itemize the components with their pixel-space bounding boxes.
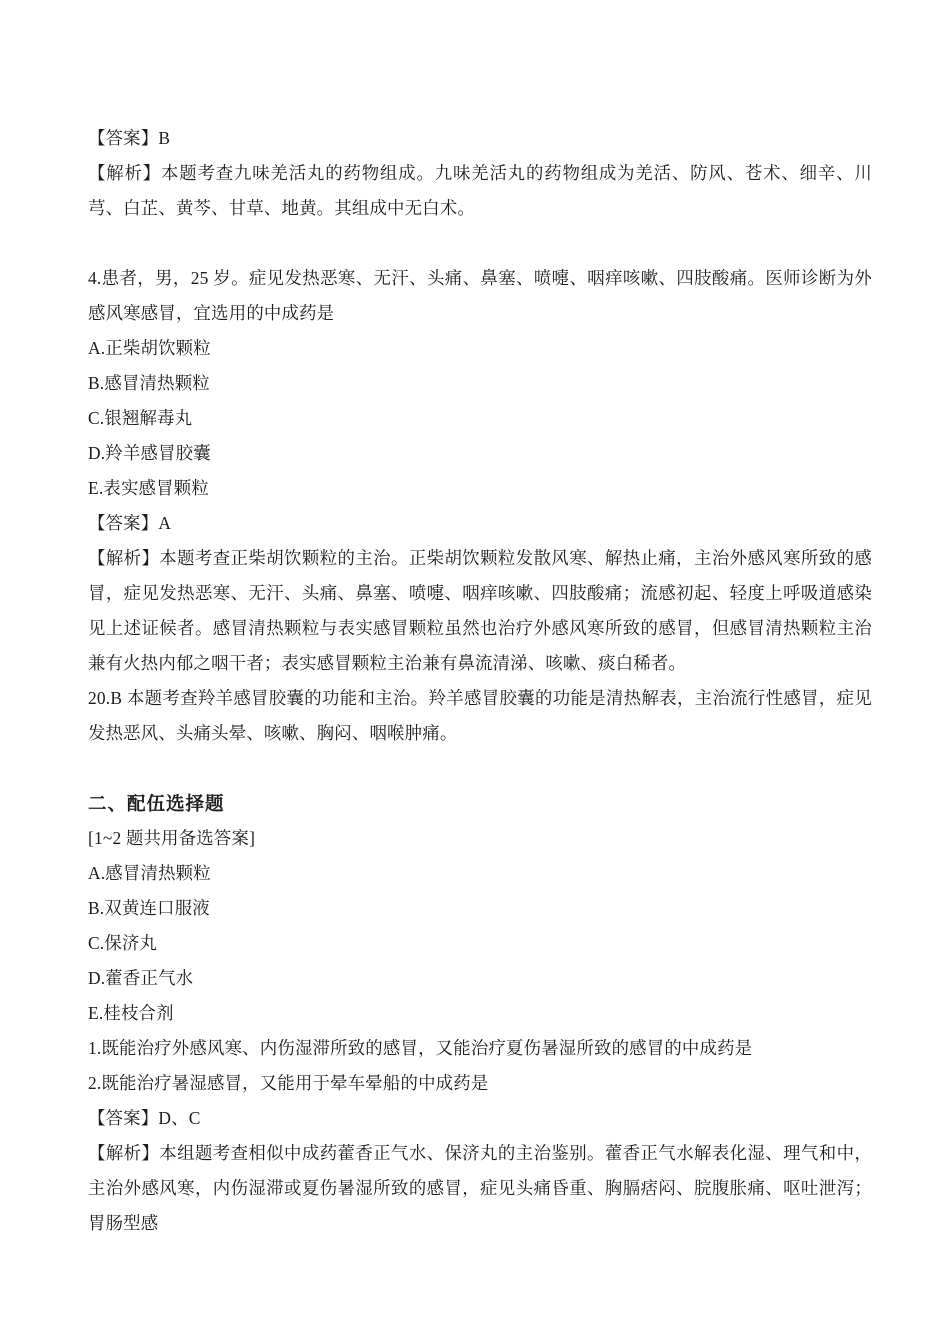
document-body: 【答案】B 【解析】本题考查九味羌活丸的药物组成。九味羌活丸的药物组成为羌活、防…	[88, 121, 872, 1241]
question-4-stem: 4.患者，男，25 岁。症见发热恶寒、无汗、头痛、鼻塞、喷嚏、咽痒咳嗽、四肢酸痛…	[88, 261, 872, 331]
shared-answers-note: [1~2 题共用备选答案]	[88, 821, 872, 856]
matching-question-1: 1.既能治疗外感风寒、内伤湿滞所致的感冒，又能治疗夏伤暑湿所致的感冒的中成药是	[88, 1031, 872, 1066]
answer-line-q3: 【答案】B	[88, 121, 872, 156]
matching-option-e: E.桂枝合剂	[88, 996, 872, 1031]
section-heading-matching-questions: 二、配伍选择题	[88, 786, 872, 821]
matching-option-d: D.藿香正气水	[88, 961, 872, 996]
answer-line-q4: 【答案】A	[88, 506, 872, 541]
answer-line-matching: 【答案】D、C	[88, 1101, 872, 1136]
analysis-paragraph-matching: 【解析】本组题考查相似中成药藿香正气水、保济丸的主治鉴别。藿香正气水解表化湿、理…	[88, 1136, 872, 1241]
matching-option-b: B.双黄连口服液	[88, 891, 872, 926]
question-4-option-e: E.表实感冒颗粒	[88, 471, 872, 506]
document-page: 【答案】B 【解析】本题考查九味羌活丸的药物组成。九味羌活丸的药物组成为羌活、防…	[0, 0, 950, 1344]
analysis-paragraph-q4: 【解析】本题考查正柴胡饮颗粒的主治。正柴胡饮颗粒发散风寒、解热止痛，主治外感风寒…	[88, 541, 872, 681]
matching-option-c: C.保济丸	[88, 926, 872, 961]
analysis-paragraph-q3: 【解析】本题考查九味羌活丸的药物组成。九味羌活丸的药物组成为羌活、防风、苍术、细…	[88, 156, 872, 226]
question-4-option-a: A.正柴胡饮颗粒	[88, 331, 872, 366]
question-4-option-b: B.感冒清热颗粒	[88, 366, 872, 401]
matching-question-2: 2.既能治疗暑湿感冒，又能用于晕车晕船的中成药是	[88, 1066, 872, 1101]
matching-option-a: A.感冒清热颗粒	[88, 856, 872, 891]
question-4-option-c: C.银翘解毒丸	[88, 401, 872, 436]
question-4-option-d: D.羚羊感冒胶囊	[88, 436, 872, 471]
note-question-20: 20.B 本题考查羚羊感冒胶囊的功能和主治。羚羊感冒胶囊的功能是清热解表，主治流…	[88, 681, 872, 751]
